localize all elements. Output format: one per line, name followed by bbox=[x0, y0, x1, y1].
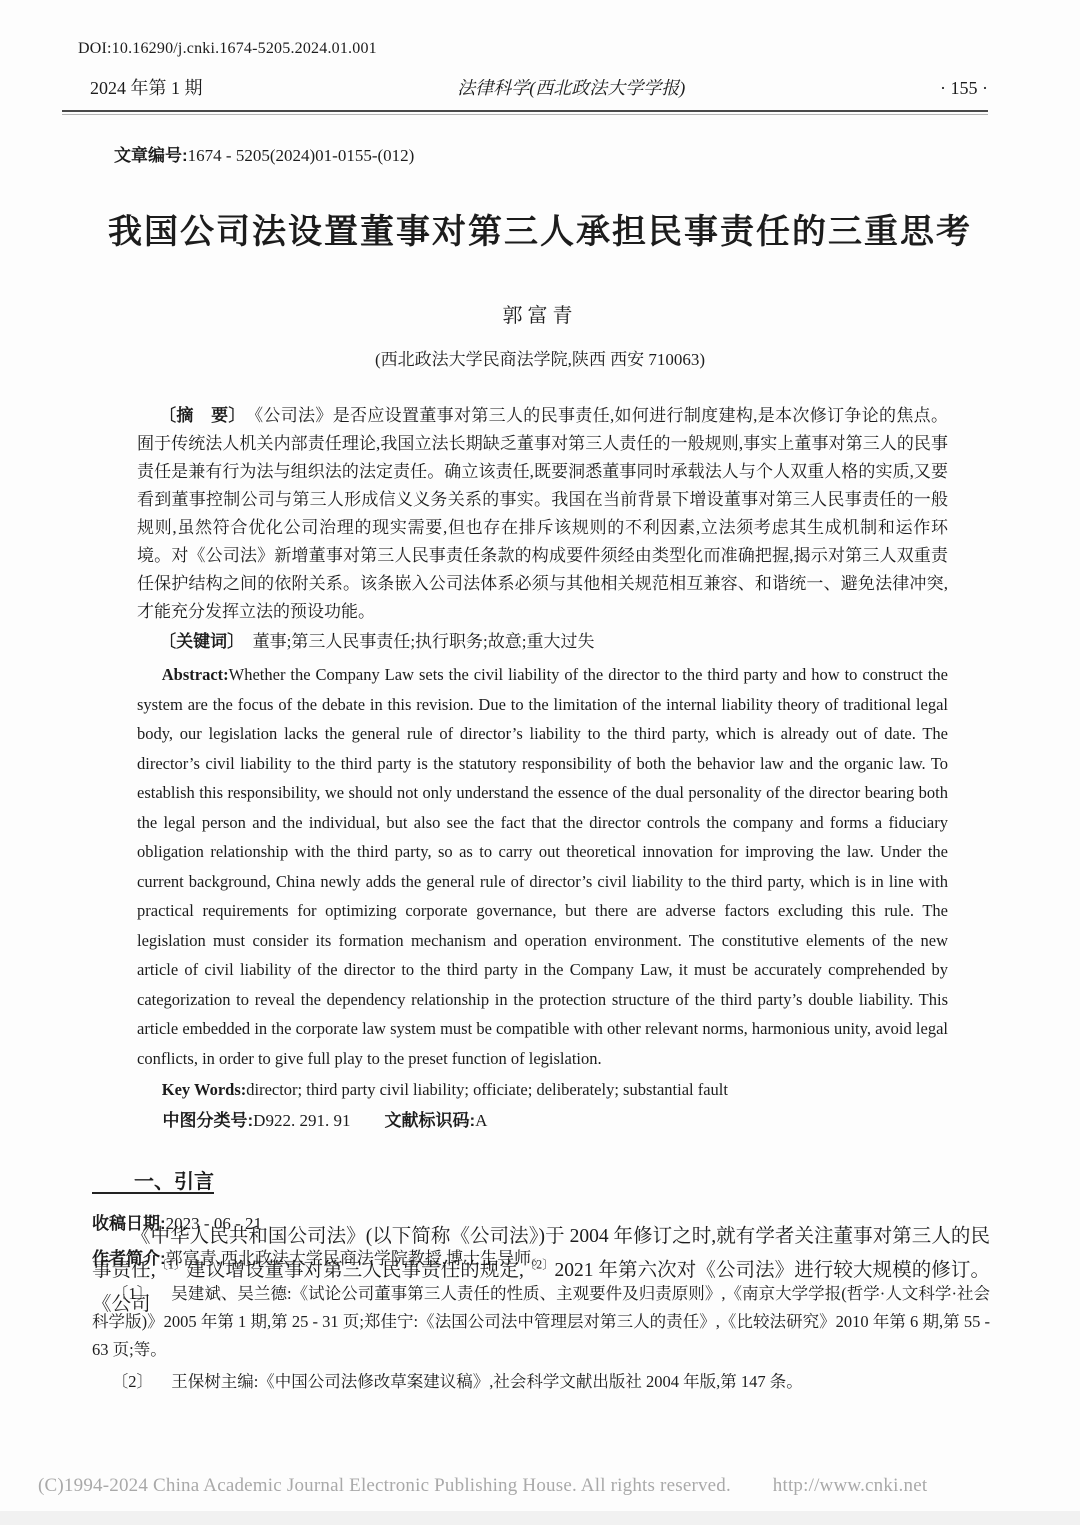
received-date-label: 收稿日期: bbox=[92, 1214, 166, 1233]
author-bio-label: 作者简介: bbox=[92, 1249, 166, 1268]
author-name: 郭富青 bbox=[0, 299, 1080, 328]
footnote-zone: 收稿日期:2023 - 06 - 21 作者简介:郭富青,西北政法大学民商法学院… bbox=[92, 1192, 990, 1396]
page-number: · 155 · bbox=[940, 78, 988, 99]
footnote-2: 〔2〕王保树主编:《中国公司法修改草案建议稿》,社会科学文献出版社 2004 年… bbox=[92, 1368, 990, 1396]
keywords-en-label: Key Words: bbox=[162, 1080, 247, 1099]
footnote-1: 〔1〕吴建斌、吴兰德:《试论公司董事第三人责任的性质、主观要件及归责原则》,《南… bbox=[92, 1280, 990, 1364]
copyright-footer: (C)1994-2024 China Academic Journal Elec… bbox=[38, 1475, 927, 1497]
article-number-value: 1674 - 5205(2024)01-0155-(012) bbox=[188, 146, 415, 165]
footnote-rule bbox=[92, 1192, 214, 1194]
classification-line: 中图分类号:D922. 291. 91文献标识码:A bbox=[137, 1107, 948, 1135]
received-date: 收稿日期:2023 - 06 - 21 bbox=[92, 1210, 990, 1238]
section-heading-intro: 一、引言 bbox=[134, 1165, 990, 1194]
author-bio: 作者简介:郭富青,西北政法大学民商法学院教授,博士生导师。 bbox=[92, 1245, 990, 1273]
abstract-en-label: Abstract: bbox=[162, 665, 229, 684]
doc-type-value: A bbox=[475, 1111, 487, 1130]
article-number: 文章编号:1674 - 5205(2024)01-0155-(012) bbox=[114, 141, 1080, 166]
header-rule bbox=[62, 110, 988, 115]
abstract-cn-text: 《公司法》是否应设置董事对第三人的民事责任,如何进行制度建构,是本次修订争论的焦… bbox=[137, 406, 948, 621]
journal-page: DOI:10.16290/j.cnki.1674-5205.2024.01.00… bbox=[0, 0, 1080, 1525]
doc-type-label: 文献标识码: bbox=[384, 1111, 475, 1130]
abstract-en-text: Whether the Company Law sets the civil l… bbox=[137, 665, 948, 1068]
footer-copyright: (C)1994-2024 China Academic Journal Elec… bbox=[38, 1475, 731, 1496]
keywords-cn: 〔关键词〕 董事;第三人民事责任;执行职务;故意;重大过失 bbox=[137, 628, 948, 656]
author-affiliation: (西北政法大学民商法学院,陕西 西安 710063) bbox=[0, 345, 1080, 370]
scan-edge-band bbox=[0, 1511, 1080, 1525]
abstract-cn-label: 〔摘 要〕 bbox=[159, 406, 237, 425]
article-number-label: 文章编号: bbox=[114, 146, 188, 165]
footnote-2-text: 王保树主编:《中国公司法修改草案建议稿》,社会科学文献出版社 2004 年版,第… bbox=[171, 1372, 803, 1391]
clc-label: 中图分类号: bbox=[163, 1111, 254, 1130]
doi-text: DOI:10.16290/j.cnki.1674-5205.2024.01.00… bbox=[78, 0, 1080, 58]
abstract-en: Abstract:Whether the Company Law sets th… bbox=[137, 660, 948, 1073]
footnote-1-marker: 〔1〕 bbox=[112, 1284, 153, 1303]
abstract-cn: 〔摘 要〕 《公司法》是否应设置董事对第三人的民事责任,如何进行制度建构,是本次… bbox=[137, 402, 948, 626]
footnote-2-marker: 〔2〕 bbox=[112, 1372, 153, 1391]
keywords-en: Key Words:director; third party civil li… bbox=[137, 1075, 948, 1105]
author-bio-value: 郭富青,西北政法大学民商法学院教授,博士生导师。 bbox=[166, 1249, 549, 1268]
article-title: 我国公司法设置董事对第三人承担民事责任的三重思考 bbox=[60, 204, 1020, 253]
journal-name: 法律科学(西北政法大学学报) bbox=[203, 74, 941, 100]
abstract-zone: 〔摘 要〕 《公司法》是否应设置董事对第三人的民事责任,如何进行制度建构,是本次… bbox=[137, 402, 948, 1135]
keywords-cn-text: 董事;第三人民事责任;执行职务;故意;重大过失 bbox=[253, 632, 595, 651]
journal-header-row: 2024 年第 1 期 法律科学(西北政法大学学报) · 155 · bbox=[90, 74, 988, 100]
issue-label: 2024 年第 1 期 bbox=[90, 74, 203, 100]
footnote-1-text: 吴建斌、吴兰德:《试论公司董事第三人责任的性质、主观要件及归责原则》,《南京大学… bbox=[92, 1284, 990, 1359]
clc-value: D922. 291. 91 bbox=[253, 1111, 350, 1130]
keywords-cn-label: 〔关键词〕 bbox=[159, 632, 236, 651]
received-date-value: 2023 - 06 - 21 bbox=[166, 1214, 262, 1233]
footer-url: http://www.cnki.net bbox=[773, 1475, 928, 1496]
keywords-en-text: director; third party civil liability; o… bbox=[246, 1080, 728, 1099]
